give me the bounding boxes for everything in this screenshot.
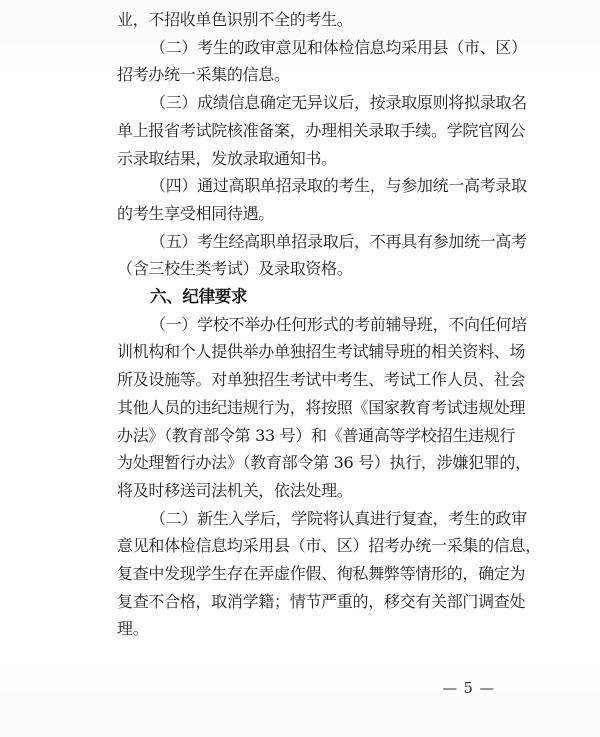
- text-line: 理。: [117, 615, 517, 643]
- text-line: （一）学校不举办任何形式的考前辅导班，不向任何培: [117, 311, 517, 339]
- text-line: 示录取结果，发放录取通知书。: [117, 145, 517, 173]
- text-line: 招考办统一采集的信息。: [117, 61, 517, 89]
- text-line: 复查中发现学生存在弄虚作假、徇私舞弊等情形的，确定为: [117, 560, 517, 588]
- text-line: 复查不合格，取消学籍；情节严重的，移交有关部门调查处: [117, 588, 517, 616]
- text-line: （三）成绩信息确定无异议后，按录取原则将拟录取名: [117, 89, 517, 117]
- text-line: 业，不招收单色识别不全的考生。: [117, 6, 517, 34]
- document-page: 业，不招收单色识别不全的考生。（二）考生的政审意见和体检信息均采用县（市、区）招…: [0, 0, 600, 737]
- text-line: （含三校生类考试）及录取资格。: [117, 255, 517, 283]
- text-line: 所及设施等。对单独招生考试中考生、考试工作人员、社会: [117, 366, 517, 394]
- text-line: 单上报省考试院核准备案，办理相关录取手续。学院官网公: [117, 117, 517, 145]
- text-line: 其他人员的违纪违规行为，将按照《国家教育考试违规处理: [117, 394, 517, 422]
- text-line: （四）通过高职单招录取的考生，与参加统一高考录取: [117, 172, 517, 200]
- text-line: （二）考生的政审意见和体检信息均采用县（市、区）: [117, 34, 517, 62]
- text-line: （二）新生入学后，学院将认真进行复查，考生的政审: [117, 505, 517, 533]
- text-line: （五）考生经高职单招录取后，不再具有参加统一高考: [117, 228, 517, 256]
- page-number: — 5 —: [443, 681, 495, 697]
- text-line: 为处理暂行办法》（教育部令第 36 号）执行，涉嫌犯罪的，: [117, 449, 517, 477]
- text-line: 意见和体检信息均采用县（市、区）招考办统一采集的信息，: [117, 532, 517, 560]
- text-line: 的考生享受相同待遇。: [117, 200, 517, 228]
- document-body: 业，不招收单色识别不全的考生。（二）考生的政审意见和体检信息均采用县（市、区）招…: [117, 6, 517, 643]
- section-heading: 六、纪律要求: [117, 283, 517, 311]
- text-line: 训机构和个人提供举办单独招生考试辅导班的相关资料、场: [117, 338, 517, 366]
- text-line: 办法》（教育部令第 33 号）和《普通高等学校招生违规行: [117, 422, 517, 450]
- text-line: 将及时移送司法机关，依法处理。: [117, 477, 517, 505]
